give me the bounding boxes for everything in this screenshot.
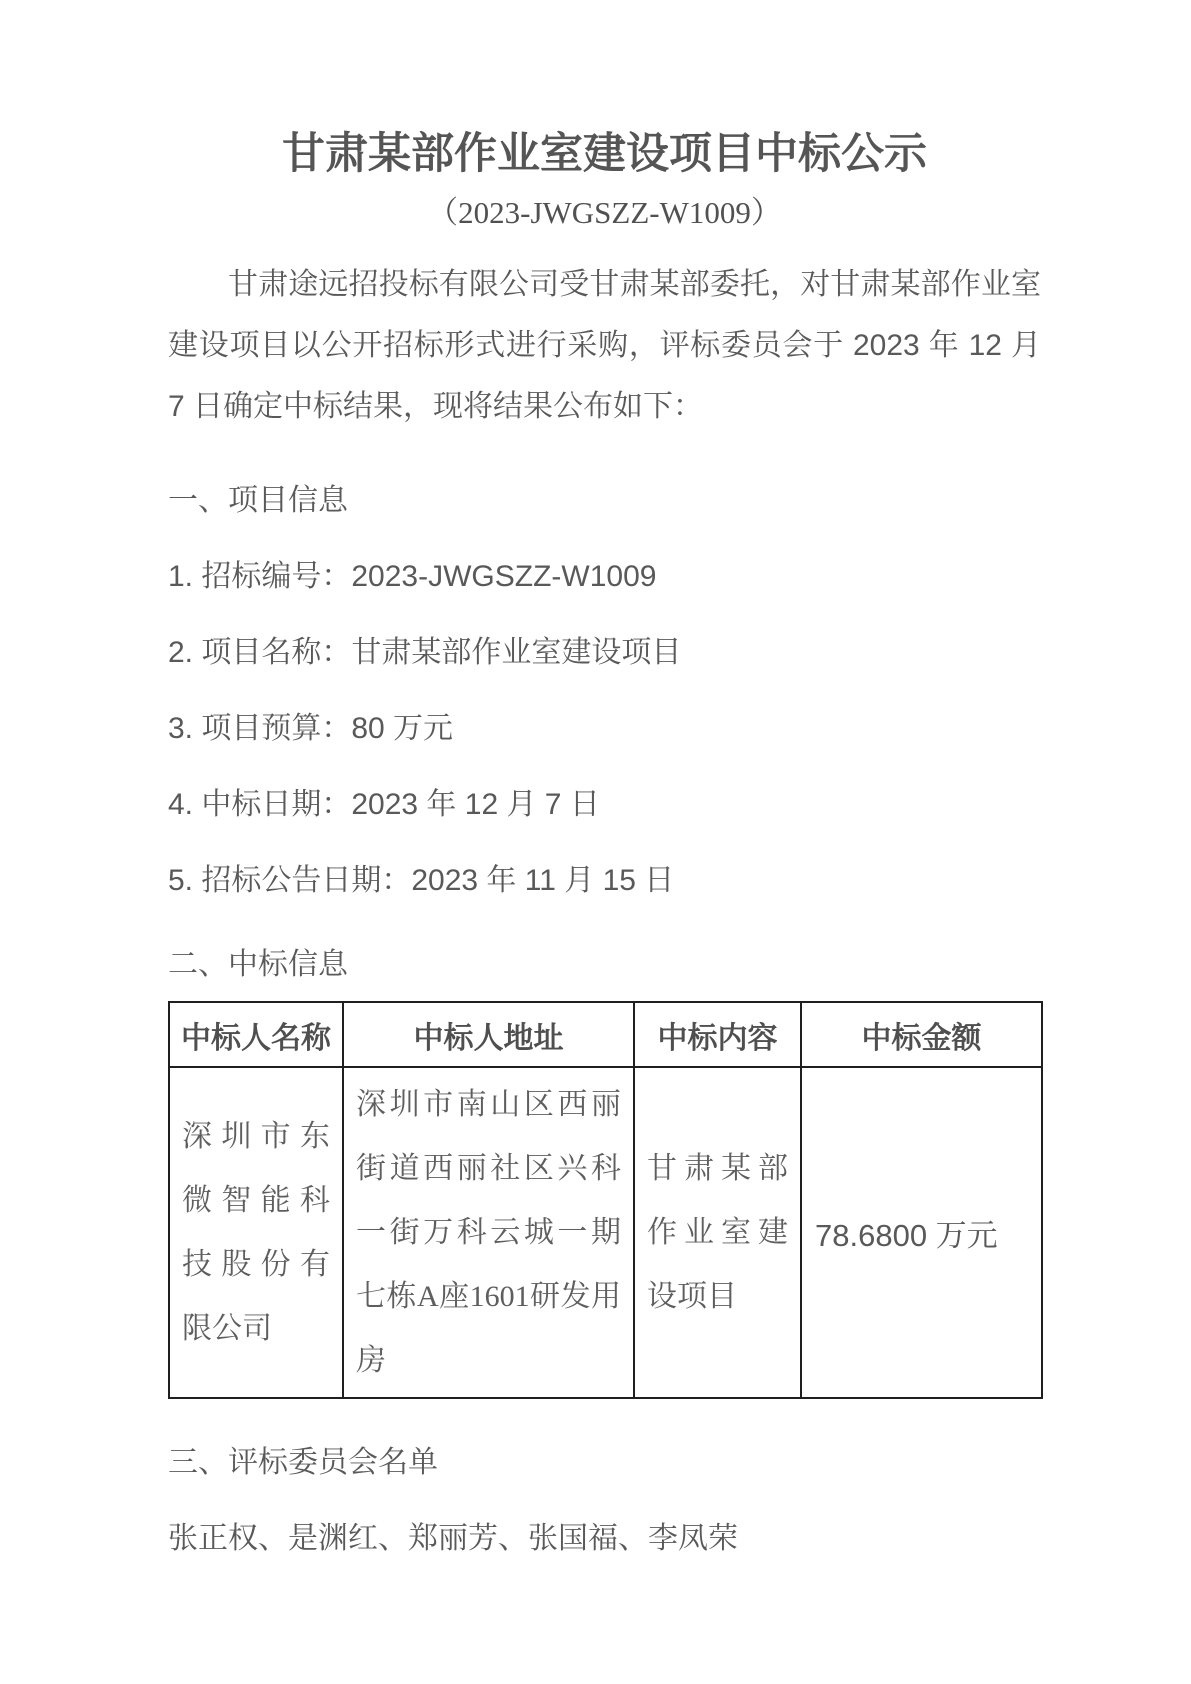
award-table-header-row: 中标人名称 中标人地址 中标内容 中标金额 — [169, 1002, 1042, 1067]
winner-name-cell: 深圳市东微智能科技股份有限公司 — [169, 1067, 343, 1398]
award-table-row: 深圳市东微智能科技股份有限公司 深圳市南山区西丽街道西丽社区兴科一街万科云城一期… — [169, 1067, 1042, 1398]
award-table: 中标人名称 中标人地址 中标内容 中标金额 深圳市东微智能科技股份有限公司 深圳… — [168, 1001, 1043, 1399]
project-info-item-bid-number: 1. 招标编号：2023-JWGSZZ-W1009 — [168, 557, 1041, 597]
winner-address-cell: 深圳市南山区西丽街道西丽社区兴科一街万科云城一期七栋A座1601研发用房 — [343, 1067, 634, 1398]
project-info-item-announcement-date: 5. 招标公告日期：2023 年 11 月 15 日 — [168, 861, 1041, 901]
project-info-item-budget: 3. 项目预算：80 万元 — [168, 709, 1041, 749]
section-heading-award-info: 二、中标信息 — [168, 945, 1041, 985]
award-amount-cell: 78.6800 万元 — [801, 1067, 1042, 1398]
committee-names: 张正权、是渊红、郑丽芳、张国福、李凤荣 — [168, 1519, 1041, 1559]
section-heading-project-info: 一、项目信息 — [168, 481, 1041, 521]
header-award-amount: 中标金额 — [801, 1002, 1042, 1067]
project-info-item-award-date: 4. 中标日期：2023 年 12 月 7 日 — [168, 785, 1041, 825]
award-content-cell: 甘肃某部作业室建设项目 — [634, 1067, 801, 1398]
intro-paragraph: 甘肃途远招投标有限公司受甘肃某部委托，对甘肃某部作业室建设项目以公开招标形式进行… — [168, 254, 1041, 437]
header-winner-address: 中标人地址 — [343, 1002, 634, 1067]
header-winner-name: 中标人名称 — [169, 1002, 343, 1067]
page-title: 甘肃某部作业室建设项目中标公示 — [168, 0, 1041, 182]
project-info-item-project-name: 2. 项目名称：甘肃某部作业室建设项目 — [168, 633, 1041, 673]
document-page: 甘肃某部作业室建设项目中标公示 （2023-JWGSZZ-W1009） 甘肃途远… — [0, 0, 1191, 1684]
header-award-content: 中标内容 — [634, 1002, 801, 1067]
section-heading-committee: 三、评标委员会名单 — [168, 1443, 1041, 1483]
doc-subtitle: （2023-JWGSZZ-W1009） — [168, 188, 1041, 238]
